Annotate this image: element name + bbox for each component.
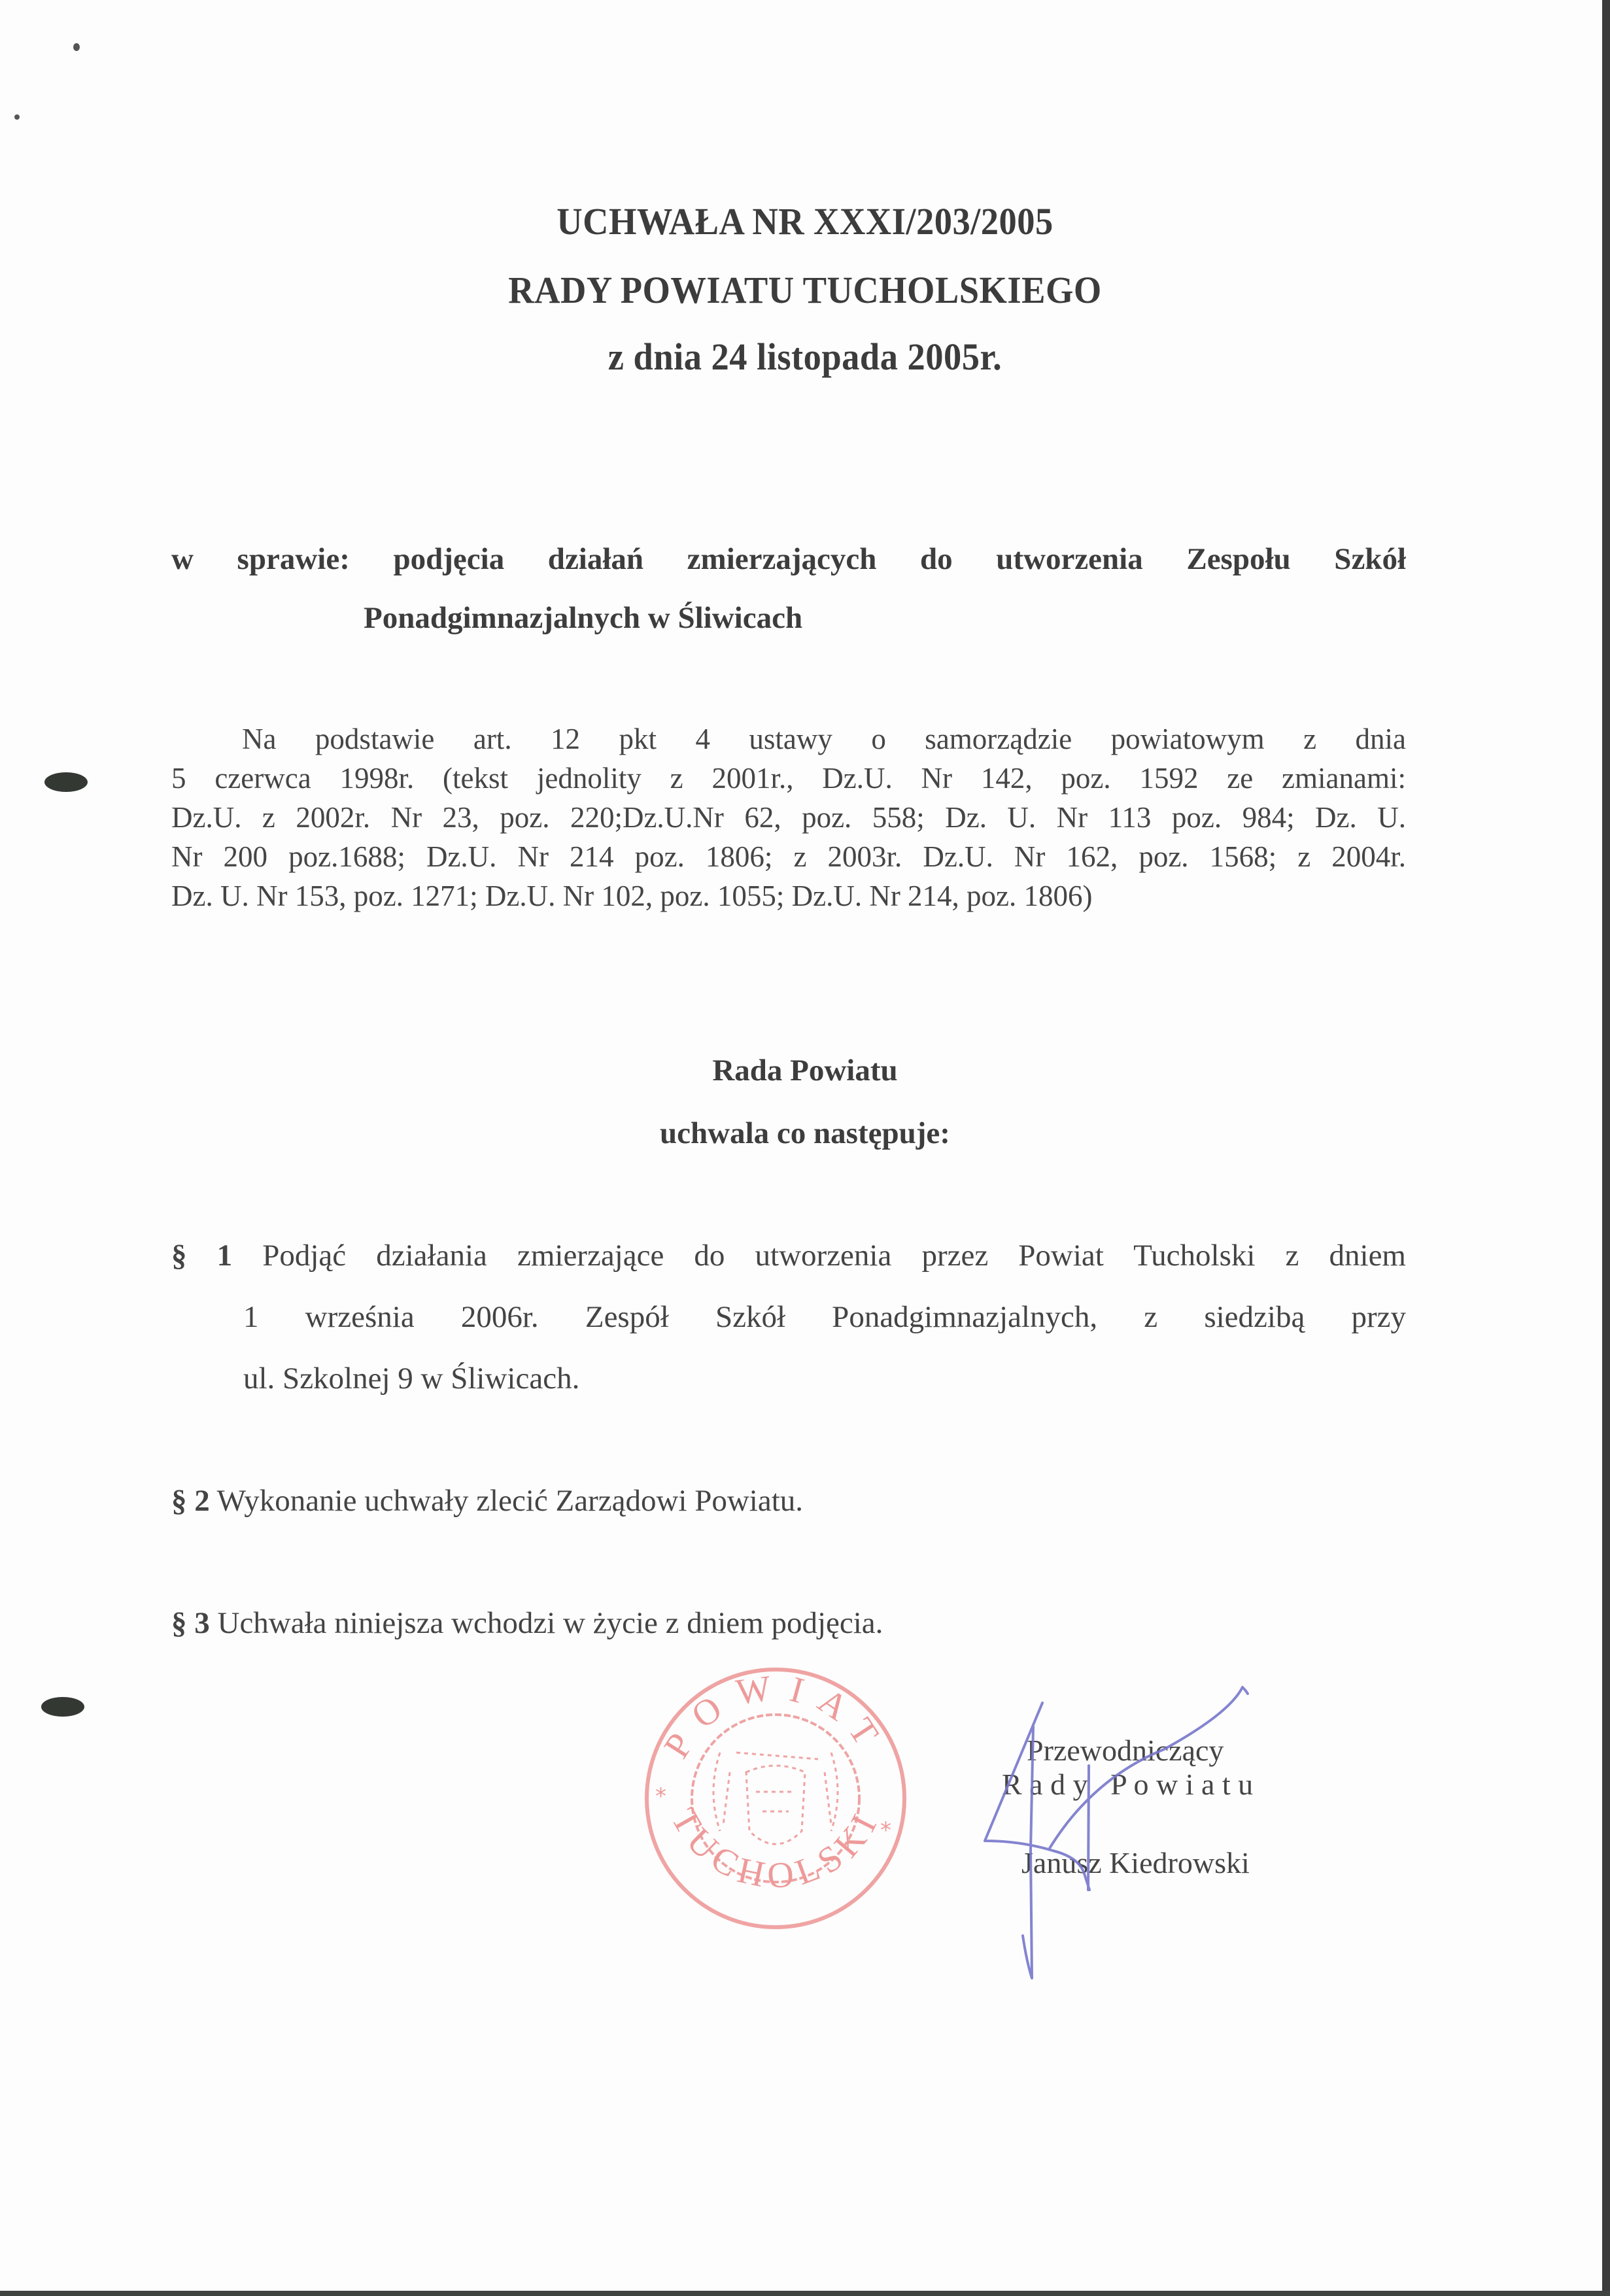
- paragraph-text: Uchwała niniejsza wchodzi w życie z dnie…: [218, 1606, 883, 1640]
- legal-basis-line: Dz.U. z 2002r. Nr 23, poz. 220;Dz.U.Nr 6…: [171, 803, 1406, 832]
- official-stamp-icon: POWIAT TUCHOLSKI * *: [638, 1661, 913, 1936]
- punch-hole-bottom: [41, 1697, 84, 1717]
- paragraph-1: § 1 Podjąć działania zmierzające do utwo…: [171, 1238, 1406, 1273]
- svg-text:*: *: [880, 1817, 891, 1843]
- paragraph-mark: § 1: [171, 1239, 232, 1273]
- handwritten-signature-icon: [968, 1654, 1426, 2021]
- resolution-number: UCHWAŁA NR XXXI/203/2005: [48, 199, 1562, 243]
- subject-line-2: Ponadgimnazjalnych w Śliwicach: [364, 600, 802, 636]
- legal-basis-line: Na podstawie art. 12 pkt 4 ustawy o samo…: [242, 725, 1406, 754]
- paragraph-3: § 3 Uchwała niniejsza wchodzi w życie z …: [171, 1605, 883, 1641]
- enactment-formula: uchwala co następuje:: [0, 1116, 1610, 1151]
- scan-speck: [14, 114, 20, 120]
- resolution-date: z dnia 24 listopada 2005r.: [48, 335, 1562, 379]
- scan-speck: [73, 43, 80, 51]
- subject-line-1: w sprawie: podjęcia działań zmierzającyc…: [171, 541, 1406, 577]
- paragraph-mark: § 3: [171, 1606, 210, 1640]
- svg-text:*: *: [655, 1783, 666, 1809]
- svg-text:TUCHOLSKI: TUCHOLSKI: [663, 1802, 887, 1896]
- paragraph-1-line-3: ul. Szkolnej 9 w Śliwicach.: [243, 1361, 579, 1396]
- signature-block: Przewodniczący R a d y P o w i a t u Jan…: [968, 1654, 1426, 2021]
- punch-hole-top: [44, 772, 88, 792]
- enactment-body: Rada Powiatu: [0, 1053, 1610, 1088]
- paragraph-2: § 2 Wykonanie uchwały zlecić Zarządowi P…: [171, 1483, 803, 1518]
- paragraph-1-line-2: 1 września 2006r. Zespół Szkół Ponadgimn…: [243, 1299, 1406, 1335]
- document-page: UCHWAŁA NR XXXI/203/2005 RADY POWIATU TU…: [0, 0, 1610, 2296]
- legal-basis-line: 5 czerwca 1998r. (tekst jednolity z 2001…: [171, 764, 1406, 793]
- legal-basis-line: Nr 200 poz.1688; Dz.U. Nr 214 poz. 1806;…: [171, 842, 1406, 872]
- paragraph-text: Wykonanie uchwały zlecić Zarządowi Powia…: [217, 1484, 803, 1518]
- paragraph-mark: § 2: [171, 1484, 210, 1518]
- scan-edge-bottom: [0, 2291, 1610, 2296]
- resolution-issuer: RADY POWIATU TUCHOLSKIEGO: [48, 268, 1562, 312]
- paragraph-text: Podjąć działania zmierzające do utworzen…: [262, 1239, 1406, 1273]
- legal-basis-line: Dz. U. Nr 153, poz. 1271; Dz.U. Nr 102, …: [171, 882, 1406, 911]
